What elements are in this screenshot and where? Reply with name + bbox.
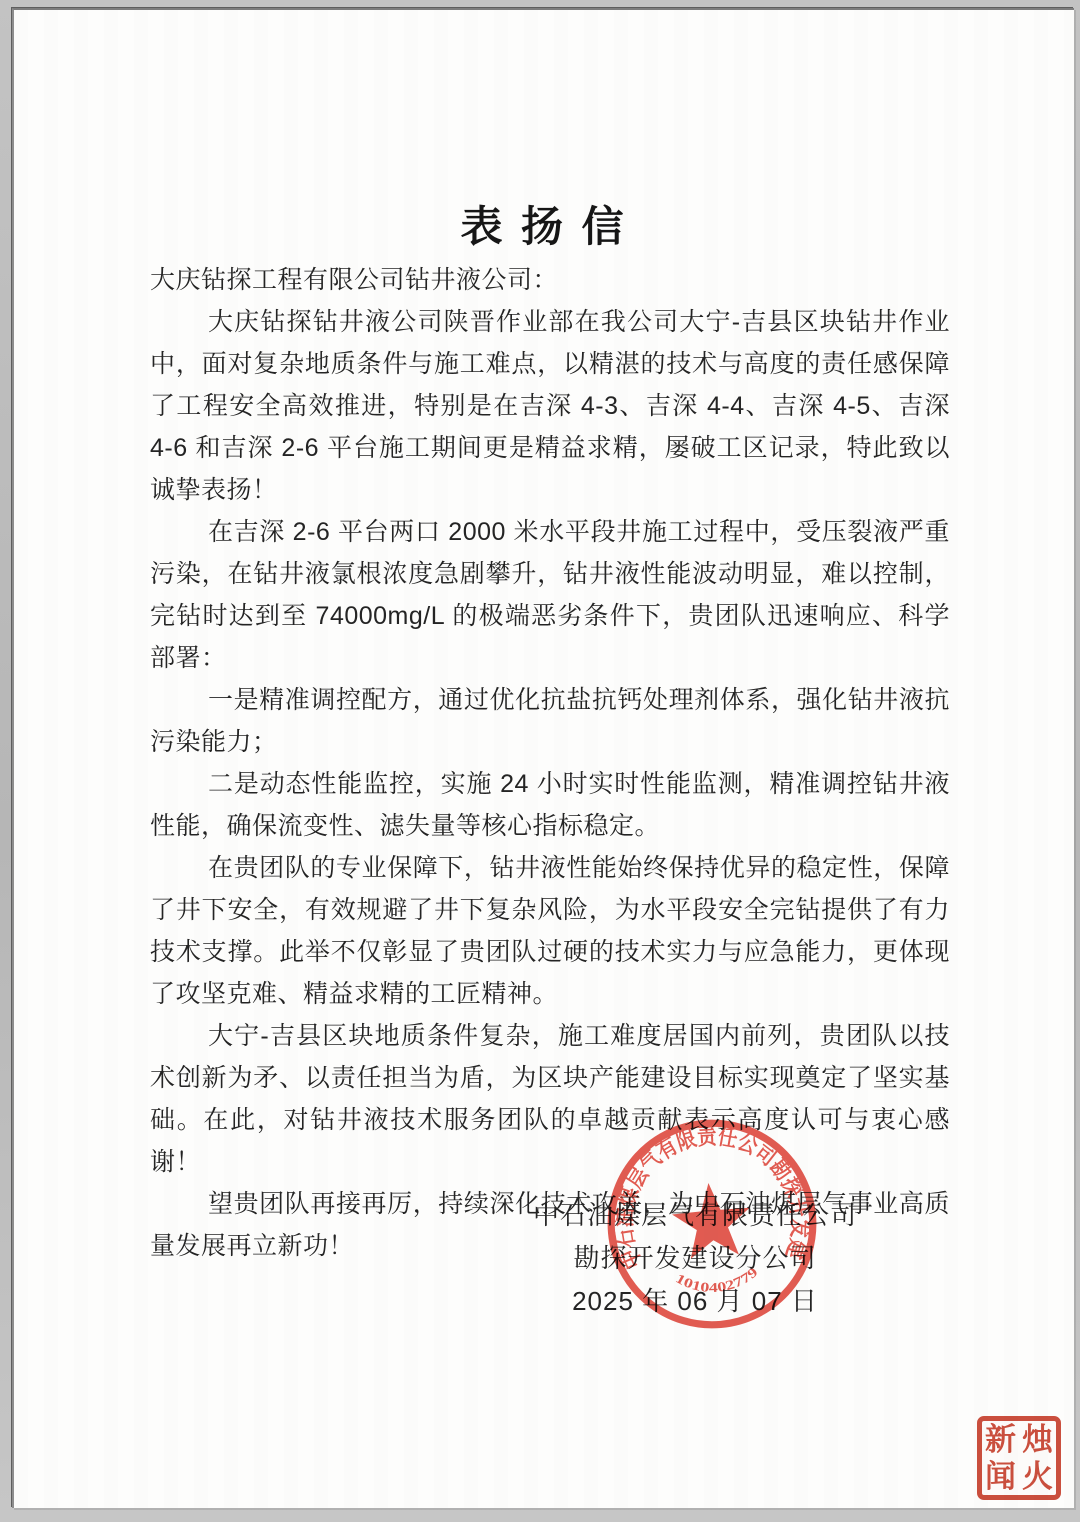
- letter-paragraph-6: 大宁-吉县区块地质条件复杂，施工难度居国内前列，贵团队以技术创新为矛、以责任担当…: [150, 1015, 950, 1183]
- letter-paragraph-1: 大庆钻探钻井液公司陕晋作业部在我公司大宁-吉县区块钻井作业中，面对复杂地质条件与…: [150, 301, 950, 511]
- signature-branch: 勘探开发建设分公司: [533, 1237, 857, 1280]
- letter-body: 大庆钻探工程有限公司钻井液公司： 大庆钻探钻井液公司陕晋作业部在我公司大宁-吉县…: [150, 259, 950, 1267]
- letter-paragraph-4: 二是动态性能监控，实施 24 小时实时性能监测，精准调控钻井液性能，确保流变性、…: [150, 763, 950, 847]
- stamp-char-xin: 新: [982, 1421, 1019, 1458]
- scanned-letter-page: 表 扬 信 大庆钻探工程有限公司钻井液公司： 大庆钻探钻井液公司陕晋作业部在我公…: [12, 8, 1074, 1508]
- letter-salutation: 大庆钻探工程有限公司钻井液公司：: [150, 259, 950, 301]
- signature-company: 中石油煤层气有限责任公司: [533, 1194, 857, 1237]
- letter-paragraph-5: 在贵团队的专业保障下，钻井液性能始终保持优异的稳定性，保障了井下安全，有效规避了…: [150, 847, 950, 1015]
- stamp-char-wen: 闻: [982, 1458, 1019, 1495]
- letter-title: 表 扬 信: [14, 10, 1074, 254]
- signature-block: 中石油煤层气有限责任公司 勘探开发建设分公司 2025 年 06 月 07 日: [533, 1194, 857, 1323]
- letter-paragraph-3: 一是精准调控配方，通过优化抗盐抗钙处理剂体系，强化钻井液抗污染能力；: [150, 679, 950, 763]
- letter-paragraph-2: 在吉深 2-6 平台两口 2000 米水平段井施工过程中，受压裂液严重污染，在钻…: [150, 511, 950, 679]
- signature-date: 2025 年 06 月 07 日: [533, 1280, 857, 1323]
- corner-watermark-stamp: 新 烛 闻 火: [977, 1416, 1061, 1500]
- stamp-char-huo: 火: [1019, 1458, 1056, 1495]
- stamp-char-zhu: 烛: [1019, 1421, 1056, 1458]
